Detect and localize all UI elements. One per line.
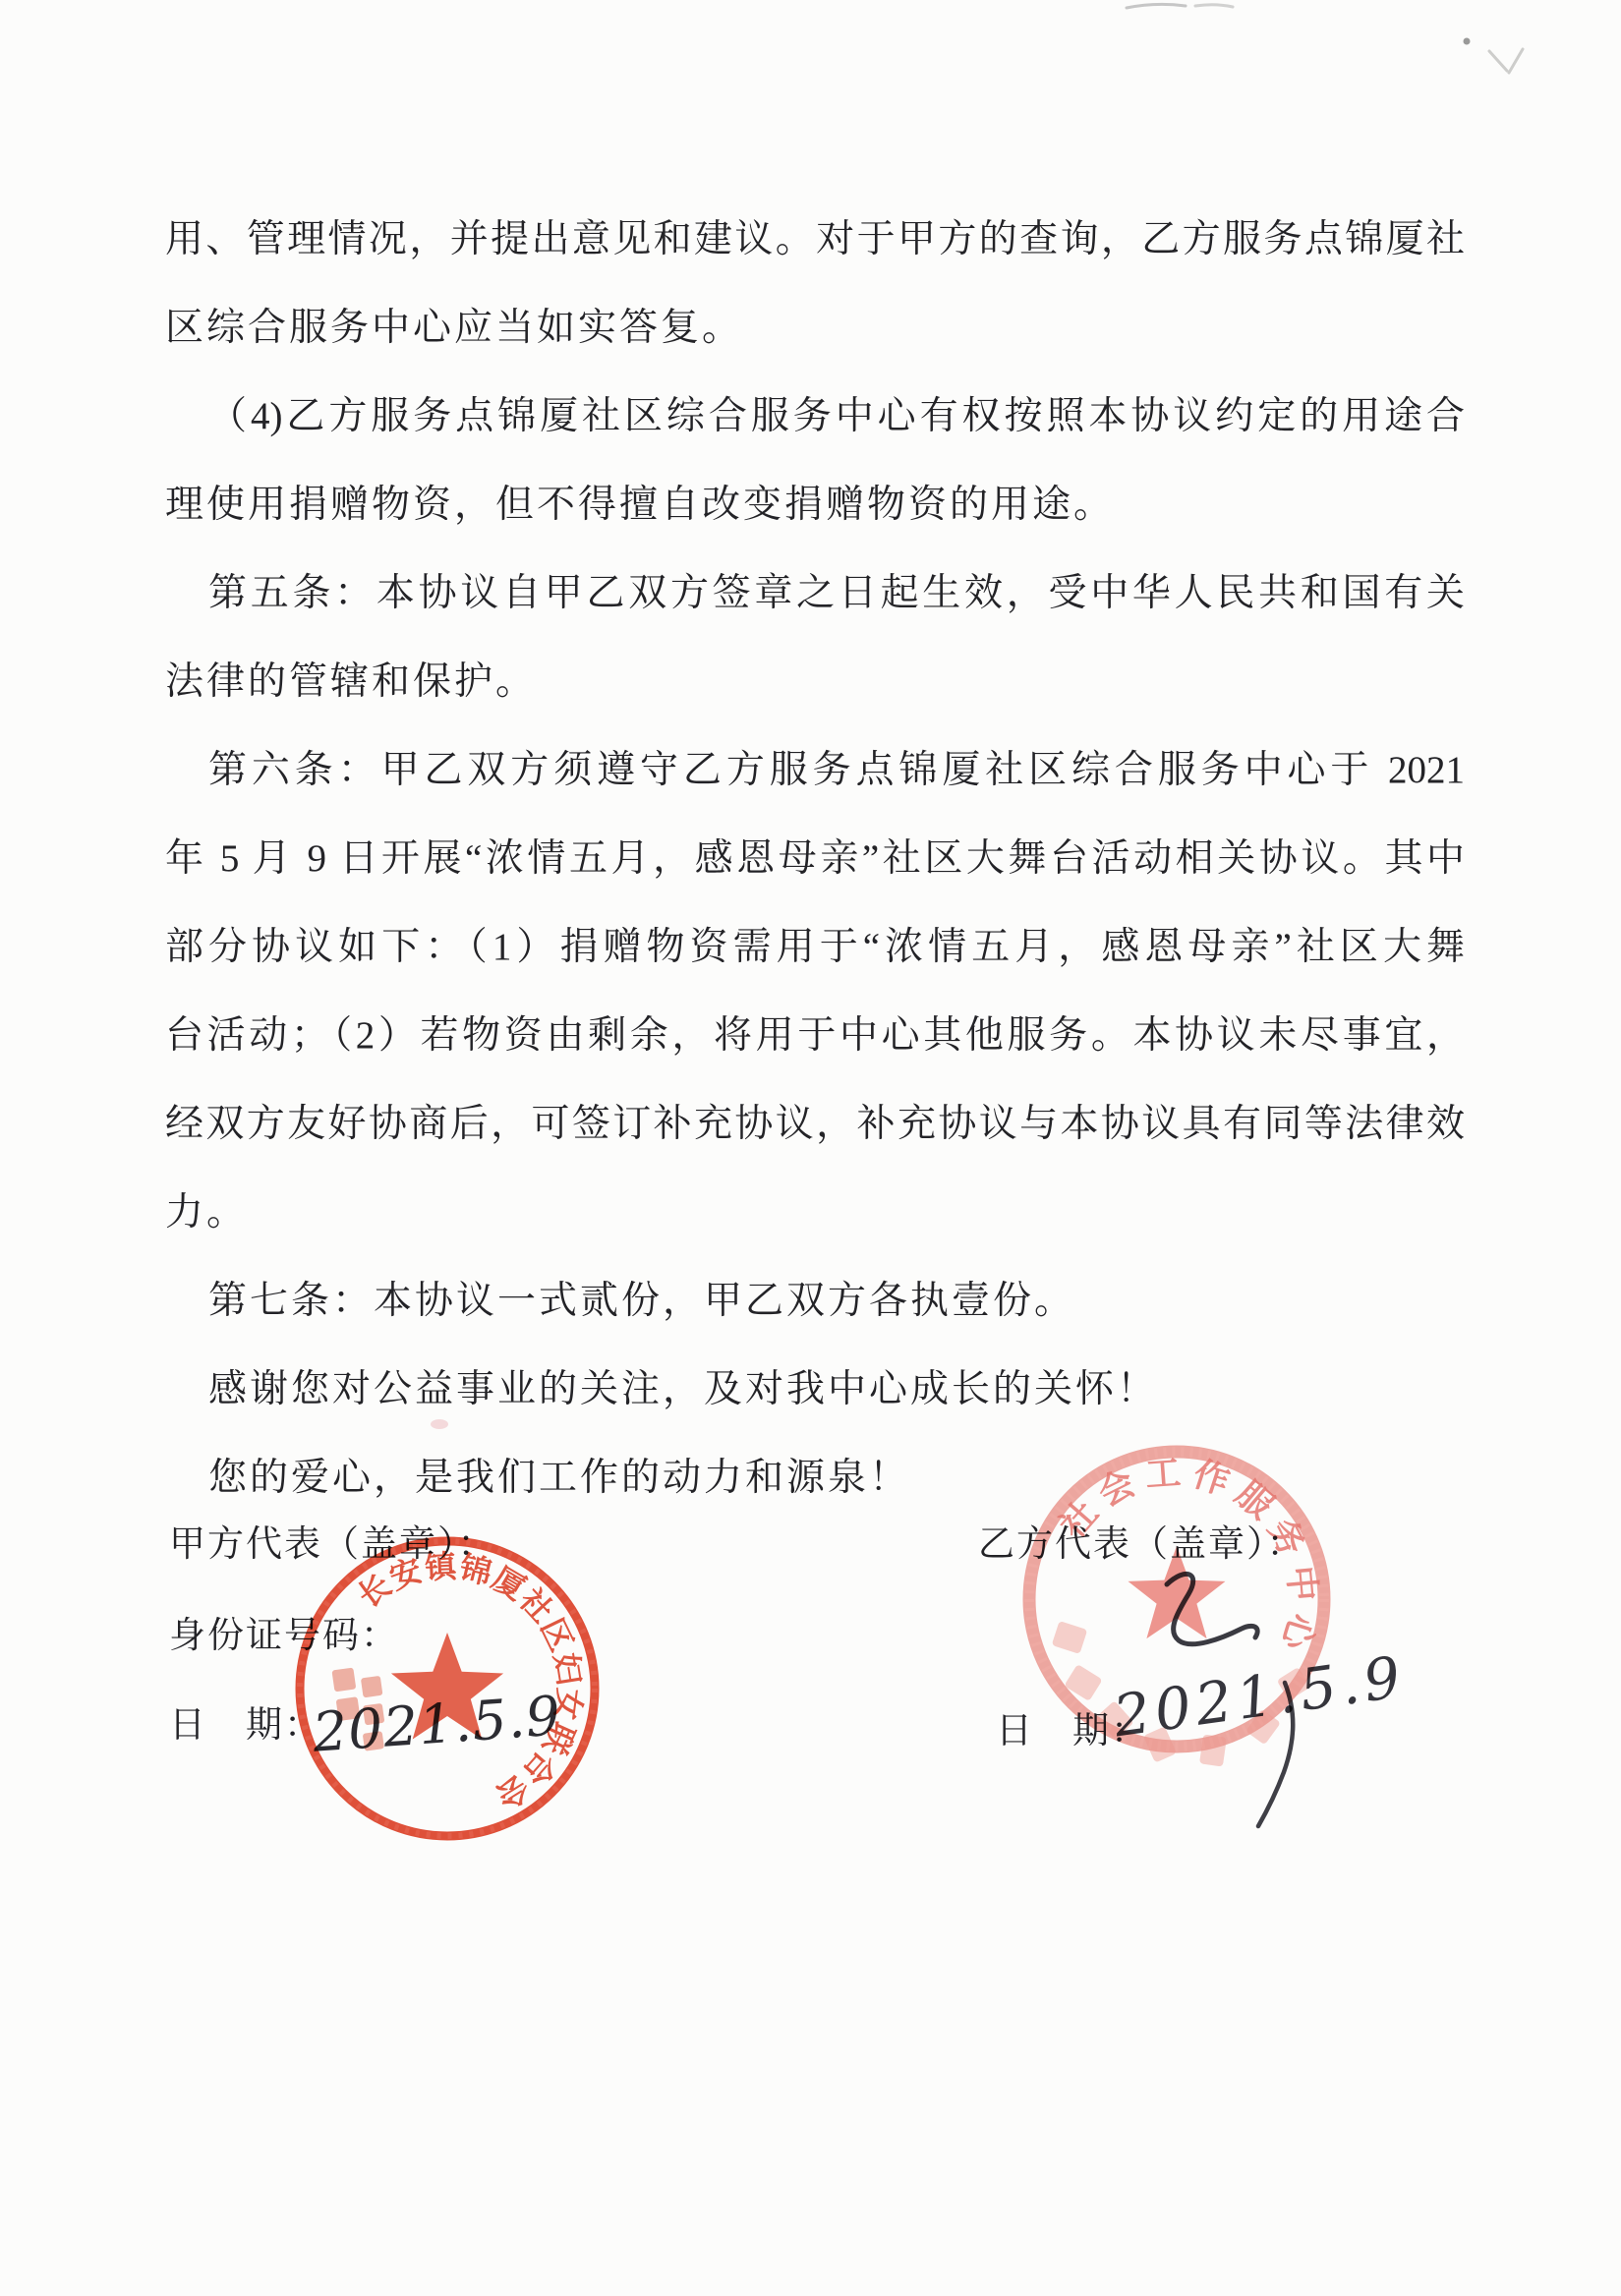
- scan-artifact: [1195, 5, 1233, 7]
- document-line: 第五条：本协议自甲乙双方签章之日起生效，受中华人民共和国有关: [165, 549, 1465, 638]
- document-line: 区综合服务中心应当如实答复。: [165, 284, 1465, 373]
- document-line: 用、管理情况，并提出意见和建议。对于甲方的查询，乙方服务点锦厦社: [165, 196, 1465, 284]
- scanned-agreement-page: 用、管理情况，并提出意见和建议。对于甲方的查询，乙方服务点锦厦社 区综合服务中心…: [0, 0, 1621, 2296]
- document-line: 部分协议如下：（1）捐赠物资需用于“浓情五月，感恩母亲”社区大舞: [165, 903, 1465, 992]
- party-b-round-seal: 社会工作服务中心: [960, 1383, 1393, 1815]
- document-line: 力。: [165, 1169, 1465, 1257]
- scan-artifact: [1489, 49, 1523, 73]
- document-line: （4)乙方服务点锦厦社区综合服务中心有权按照本协议约定的用途合: [165, 373, 1465, 461]
- document-line: 年 5 月 9 日开展“浓情五月，感恩母亲”社区大舞台活动相关协议。其中: [165, 815, 1465, 903]
- scan-artifact: [1127, 4, 1186, 8]
- document-line: 台活动；（2）若物资由剩余，将用于中心其他服务。本协议未尽事宜，: [165, 992, 1465, 1080]
- document-line: 法律的管辖和保护。: [165, 638, 1465, 726]
- document-line: 经双方友好协商后，可签订补充协议，补充协议与本协议具有同等法律效: [165, 1080, 1465, 1169]
- document-line: 理使用捐赠物资，但不得擅自改变捐赠物资的用途。: [165, 461, 1465, 549]
- party-a-round-seal: 长安镇锦厦社区妇女联合会: [241, 1482, 654, 1895]
- document-text: 用、管理情况，并提出意见和建议。对于甲方的查询，乙方服务点锦厦社 区综合服务中心…: [165, 196, 1465, 1522]
- document-line: 第六条：甲乙双方须遵守乙方服务点锦厦社区综合服务中心于 2021: [165, 726, 1465, 815]
- star-icon: [1129, 1546, 1226, 1638]
- document-line: 第七条：本协议一式贰份，甲乙双方各执壹份。: [165, 1257, 1465, 1346]
- scan-artifact: [1464, 38, 1471, 45]
